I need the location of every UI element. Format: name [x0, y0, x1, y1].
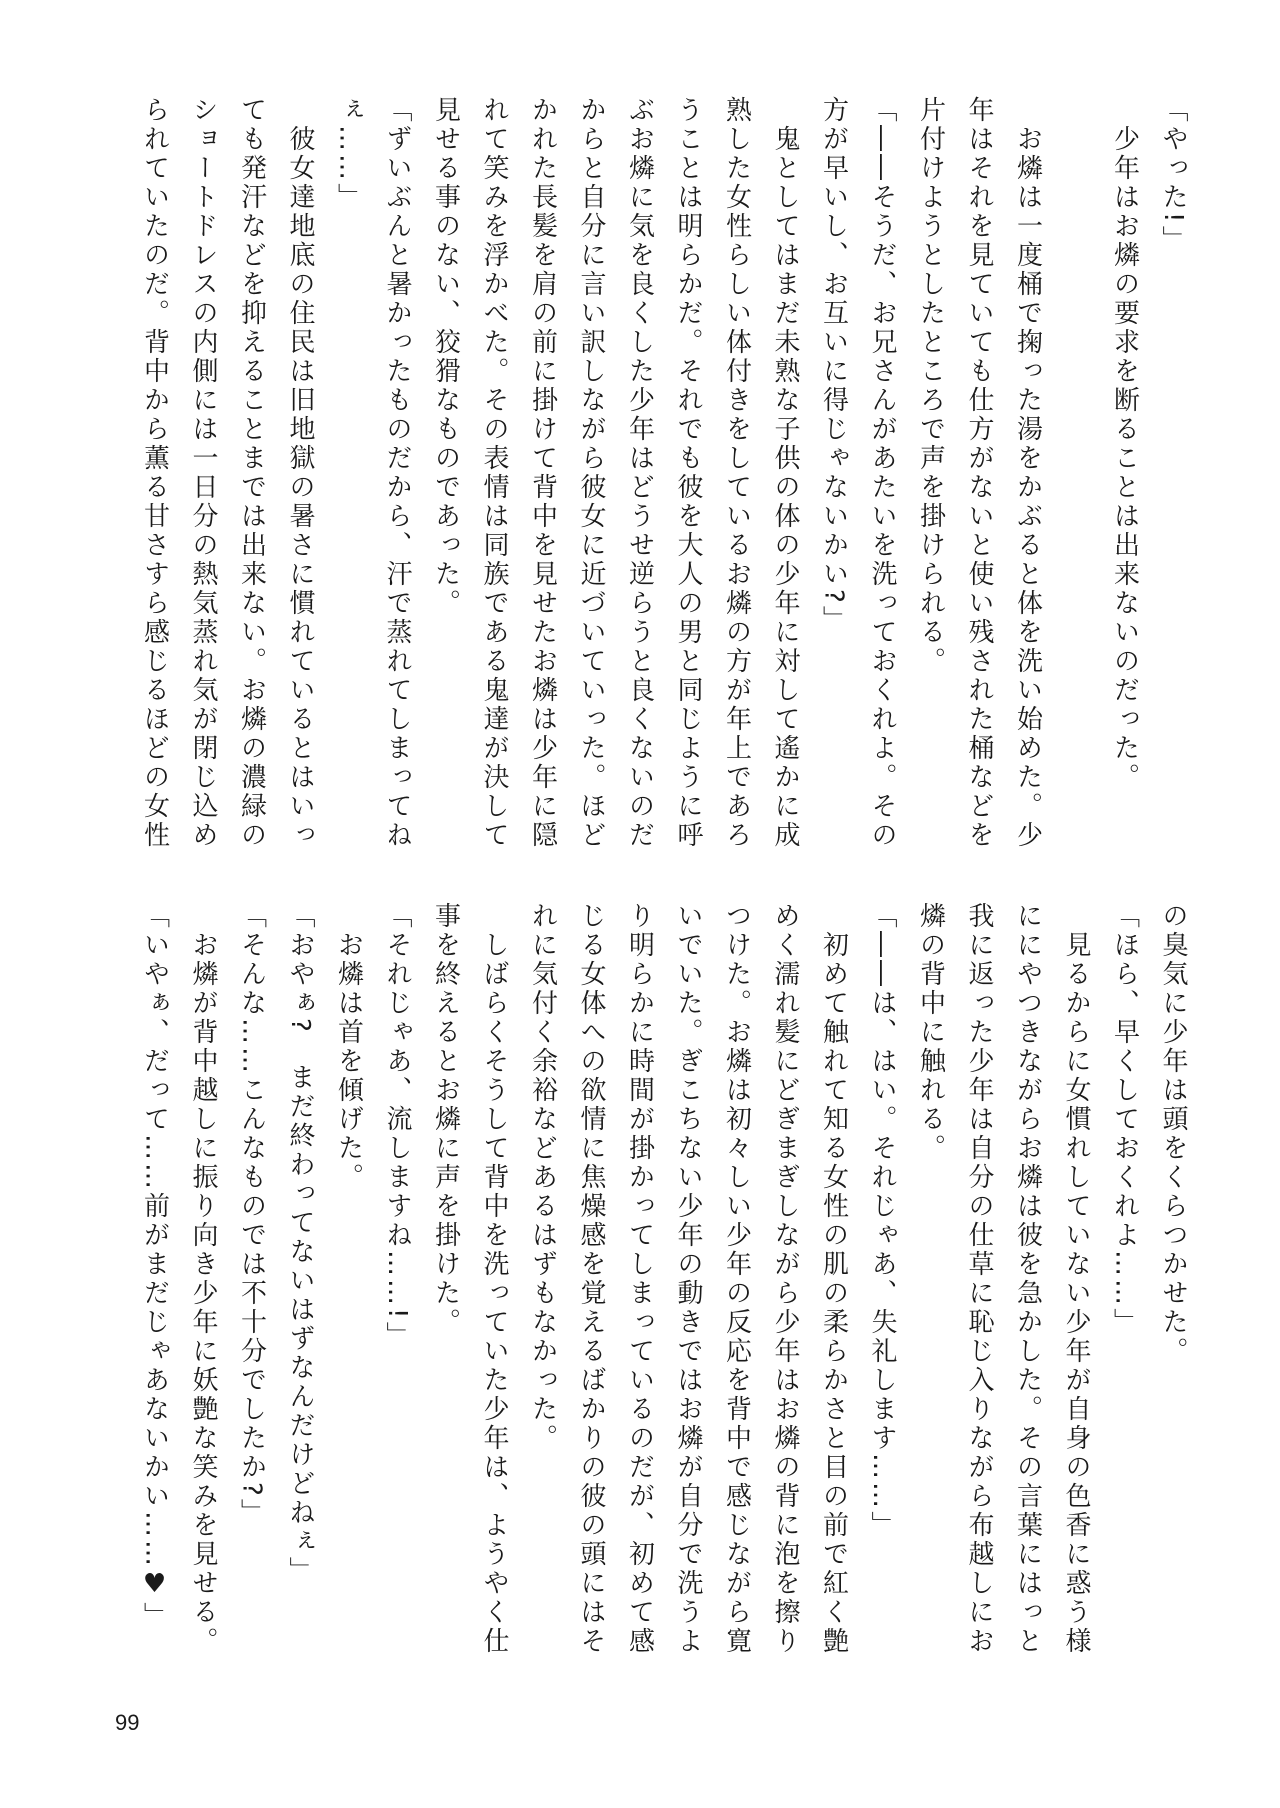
text-column: ぇ……」 [324, 96, 373, 866]
book-page: 「やった!」 少年はお燐の要求を断ることは出来ないのだった。 お燐は一度桶で掬っ… [0, 0, 1280, 1808]
text-column: 「――そうだ、お兄さんがあたいを洗っておくれよ。その [858, 96, 907, 866]
text-column: からと自分に言い訳しながら彼女に近づいていった。ほど [567, 96, 616, 866]
text-column: 「やった!」 [1149, 96, 1198, 866]
text-column: の臭気に少年は頭をくらつかせた。 [1149, 902, 1198, 1672]
text-column: れに気付く余裕などあるはずもなかった。 [518, 902, 567, 1672]
text-column: 初めて触れて知る女性の肌の柔らかさと目の前で紅く艶 [809, 902, 858, 1672]
text-column: お燐は一度桶で掬った湯をかぶると体を洗い始めた。少 [1003, 96, 1052, 866]
text-column: 彼女達地底の住民は旧地獄の暑さに慣れているとはいっ [276, 96, 325, 866]
text-column: られていたのだ。背中から薫る甘さすら感じるほどの女性 [130, 96, 179, 866]
text-column: 片付けようとしたところで声を掛けられる。 [906, 96, 955, 866]
text-column: 「そんな……こんなものでは不十分でしたか?」 [227, 902, 276, 1672]
text-column: めく濡れ髪にどぎまぎしながら少年はお燐の背に泡を擦り [761, 902, 810, 1672]
text-column: 熟した女性らしい体付きをしているお燐の方が年上であろ [712, 96, 761, 866]
text-column: り明らかに時間が掛かってしまっているのだが、初めて感 [615, 902, 664, 1672]
text-column: ショートドレスの内側には一日分の熱気蒸れ気が閉じ込め [179, 96, 228, 866]
text-column: 我に返った少年は自分の仕草に恥じ入りながら布越しにお [955, 902, 1004, 1672]
text-column: ににやつきながらお燐は彼を急かした。その言葉にはっと [1003, 902, 1052, 1672]
text-column: お燐は首を傾げた。 [324, 902, 373, 1672]
text-column: お燐が背中越しに振り向き少年に妖艶な笑みを見せる。 [179, 902, 228, 1672]
text-column: 「おやぁ? まだ終わってないはずなんだけどねぇ」 [276, 902, 325, 1672]
page-number: 99 [115, 1712, 139, 1734]
text-column: つけた。お燐は初々しい少年の反応を背中で感じながら寛 [712, 902, 761, 1672]
text-block-upper: 「やった!」 少年はお燐の要求を断ることは出来ないのだった。 お燐は一度桶で掬っ… [130, 96, 1197, 866]
text-column: 鬼としてはまだ未熟な子供の体の少年に対して遙かに成 [761, 96, 810, 866]
text-column: 見せる事のない、狡猾なものであった。 [421, 96, 470, 866]
text-column: いでいた。ぎこちない少年の動きではお燐が自分で洗うよ [664, 902, 713, 1672]
text-column: 事を終えるとお燐に声を掛けた。 [421, 902, 470, 1672]
text-column: 「ほら、早くしておくれよ……」 [1100, 902, 1149, 1672]
text-column: かれた長髪を肩の前に掛けて背中を見せたお燐は少年に隠 [518, 96, 567, 866]
text-column: 「ずいぶんと暑かったものだから、汗で蒸れてしまってね [373, 96, 422, 866]
text-column: うことは明らかだ。それでも彼を大人の男と同じように呼 [664, 96, 713, 866]
text-column: れて笑みを浮かべた。その表情は同族である鬼達が決して [470, 96, 519, 866]
blank-line [1052, 96, 1101, 866]
text-column: 見るからに女慣れしていない少年が自身の色香に惑う様 [1052, 902, 1101, 1672]
text-column: 「いやぁ、だって……前がまだじゃあないかい……♥」 [130, 902, 179, 1672]
text-column: 方が早いし、お互いに得じゃないかい?」 [809, 96, 858, 866]
text-column: 「――は、はい。それじゃあ、失礼します……」 [858, 902, 907, 1672]
text-column: ぶお燐に気を良くした少年はどうせ逆らうと良くないのだ [615, 96, 664, 866]
text-column: じる女体への欲情に焦燥感を覚えるばかりの彼の頭にはそ [567, 902, 616, 1672]
text-block-lower: の臭気に少年は頭をくらつかせた。 「ほら、早くしておくれよ……」 見るからに女慣… [130, 902, 1197, 1672]
text-column: 燐の背中に触れる。 [906, 902, 955, 1672]
text-column: 少年はお燐の要求を断ることは出来ないのだった。 [1100, 96, 1149, 866]
text-column: 「それじゃあ、流しますね……!」 [373, 902, 422, 1672]
text-column: 年はそれを見ていても仕方がないと使い残された桶などを [955, 96, 1004, 866]
text-column: ても発汗などを抑えることまでは出来ない。お燐の濃緑の [227, 96, 276, 866]
text-column: しばらくそうして背中を洗っていた少年は、ようやく仕 [470, 902, 519, 1672]
